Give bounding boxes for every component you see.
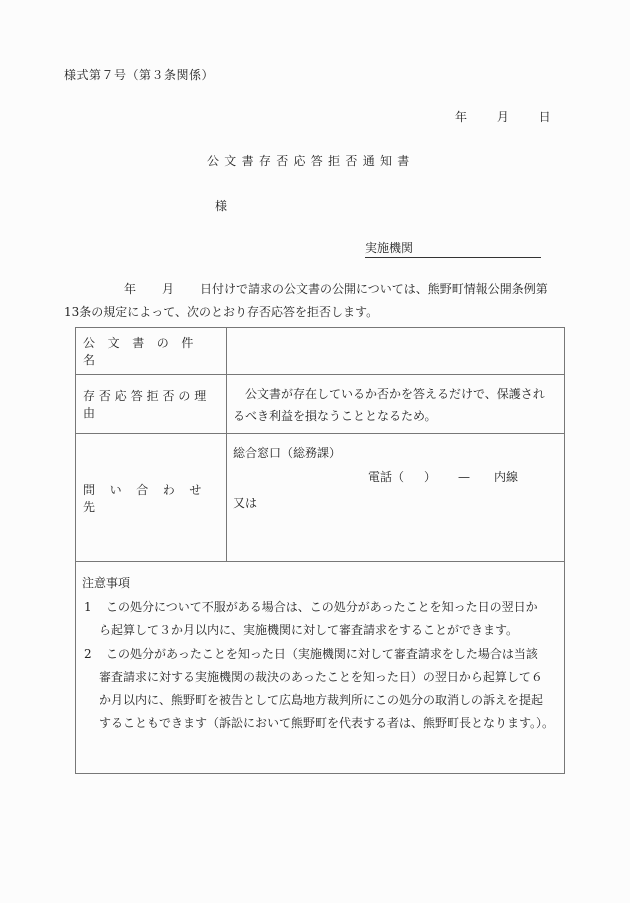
note-item: 2 この処分があったことを知った日（実施機関に対して審査請求をした場合は当該 審… [82, 643, 560, 735]
notice-table: 公文書の件名 存否応答拒否の理由 公文書が存在しているか否かを答えるだけで、保護… [75, 327, 565, 774]
reason-line-2: るべき利益を損なうこととなるため。 [233, 405, 563, 427]
contact-or: 又は [233, 494, 257, 511]
refusal-reason-text: 公文書が存在しているか否かを答えるだけで、保護され るべき利益を損なうこととなる… [233, 383, 563, 427]
notes-section: 注意事項 1 この処分について不服がある場合は、この処分があったことを知った日の… [76, 562, 564, 773]
table-row-contact: 問い合わせ先 総合窓口（総務課） 電話（）—内線 又は [76, 434, 564, 562]
document-title: 公文書存否応答拒否通知書 [207, 152, 415, 169]
body-line-1: 年月日付けで請求の公文書の公開については、熊野町情報公開条例第 [64, 278, 569, 301]
body-rest: 日付けで請求の公文書の公開については、熊野町情報公開条例第 [200, 282, 548, 296]
notes-heading: 注意事項 [82, 574, 130, 591]
date-line: 年 月 日 [455, 108, 551, 125]
extension-label: 内線 [494, 468, 518, 485]
note-item: 1 この処分について不服がある場合は、この処分があったことを知った日の翌日か ら… [82, 596, 560, 642]
date-year: 年 [455, 108, 493, 125]
date-day: 日 [539, 108, 551, 125]
row-label: 公文書の件名 [83, 334, 226, 368]
phone-label: 電話（ [368, 468, 404, 485]
phone-dash: — [458, 470, 470, 484]
row-label: 問い合わせ先 [83, 481, 226, 515]
note-line: この処分があったことを知った日（実施機関に対して審査請求をした場合は当該 [82, 643, 560, 666]
label-cell: 問い合わせ先 [76, 434, 227, 561]
table-row-refusal-reason: 存否応答拒否の理由 公文書が存在しているか否かを答えるだけで、保護され るべき利… [76, 375, 564, 434]
note-number: 1 [84, 596, 92, 619]
value-cell: 公文書が存在しているか否かを答えるだけで、保護され るべき利益を損なうこととなる… [227, 375, 564, 433]
contact-phone: 電話（）—内線 [368, 468, 518, 485]
body-paragraph: 年月日付けで請求の公文書の公開については、熊野町情報公開条例第 13条の規定によ… [64, 278, 569, 324]
document-title-value [227, 328, 564, 374]
table-row-document-title: 公文書の件名 [76, 328, 564, 375]
agency-label: 実施機関 [365, 241, 413, 255]
body-year: 年 [124, 282, 136, 296]
addressee-suffix: 様 [215, 197, 227, 214]
note-line: か月以内に、熊野町を被告として広島地方裁判所にこの処分の取消しの訴えを提起 [82, 689, 560, 712]
note-number: 2 [84, 643, 92, 666]
label-cell: 存否応答拒否の理由 [76, 375, 227, 433]
body-month: 月 [162, 282, 174, 296]
note-line: 審査請求に対する実施機関の裁決のあったことを知った日）の翌日から起算して６ [82, 666, 560, 689]
note-line: することもできます（訴訟において熊野町を代表する者は、熊野町長となります。）。 [82, 712, 560, 735]
phone-close: ） [424, 468, 436, 485]
date-month: 月 [497, 108, 535, 125]
value-cell: 総合窓口（総務課） 電話（）—内線 又は [227, 434, 564, 561]
implementing-agency-field: 実施機関 [365, 239, 541, 258]
note-line: ら起算して３か月以内に、実施機関に対して審査請求をすることができます。 [82, 619, 560, 642]
form-number: 様式第７号（第３条関係） [64, 66, 214, 83]
body-line-2: 13条の規定によって、次のとおり存否応答を拒否します。 [64, 301, 569, 324]
note-line: この処分について不服がある場合は、この処分があったことを知った日の翌日か [82, 596, 560, 619]
reason-line-1: 公文書が存在しているか否かを答えるだけで、保護され [233, 383, 563, 405]
contact-window: 総合窓口（総務課） [233, 444, 341, 461]
row-label: 存否応答拒否の理由 [83, 387, 226, 421]
label-cell: 公文書の件名 [76, 328, 227, 374]
